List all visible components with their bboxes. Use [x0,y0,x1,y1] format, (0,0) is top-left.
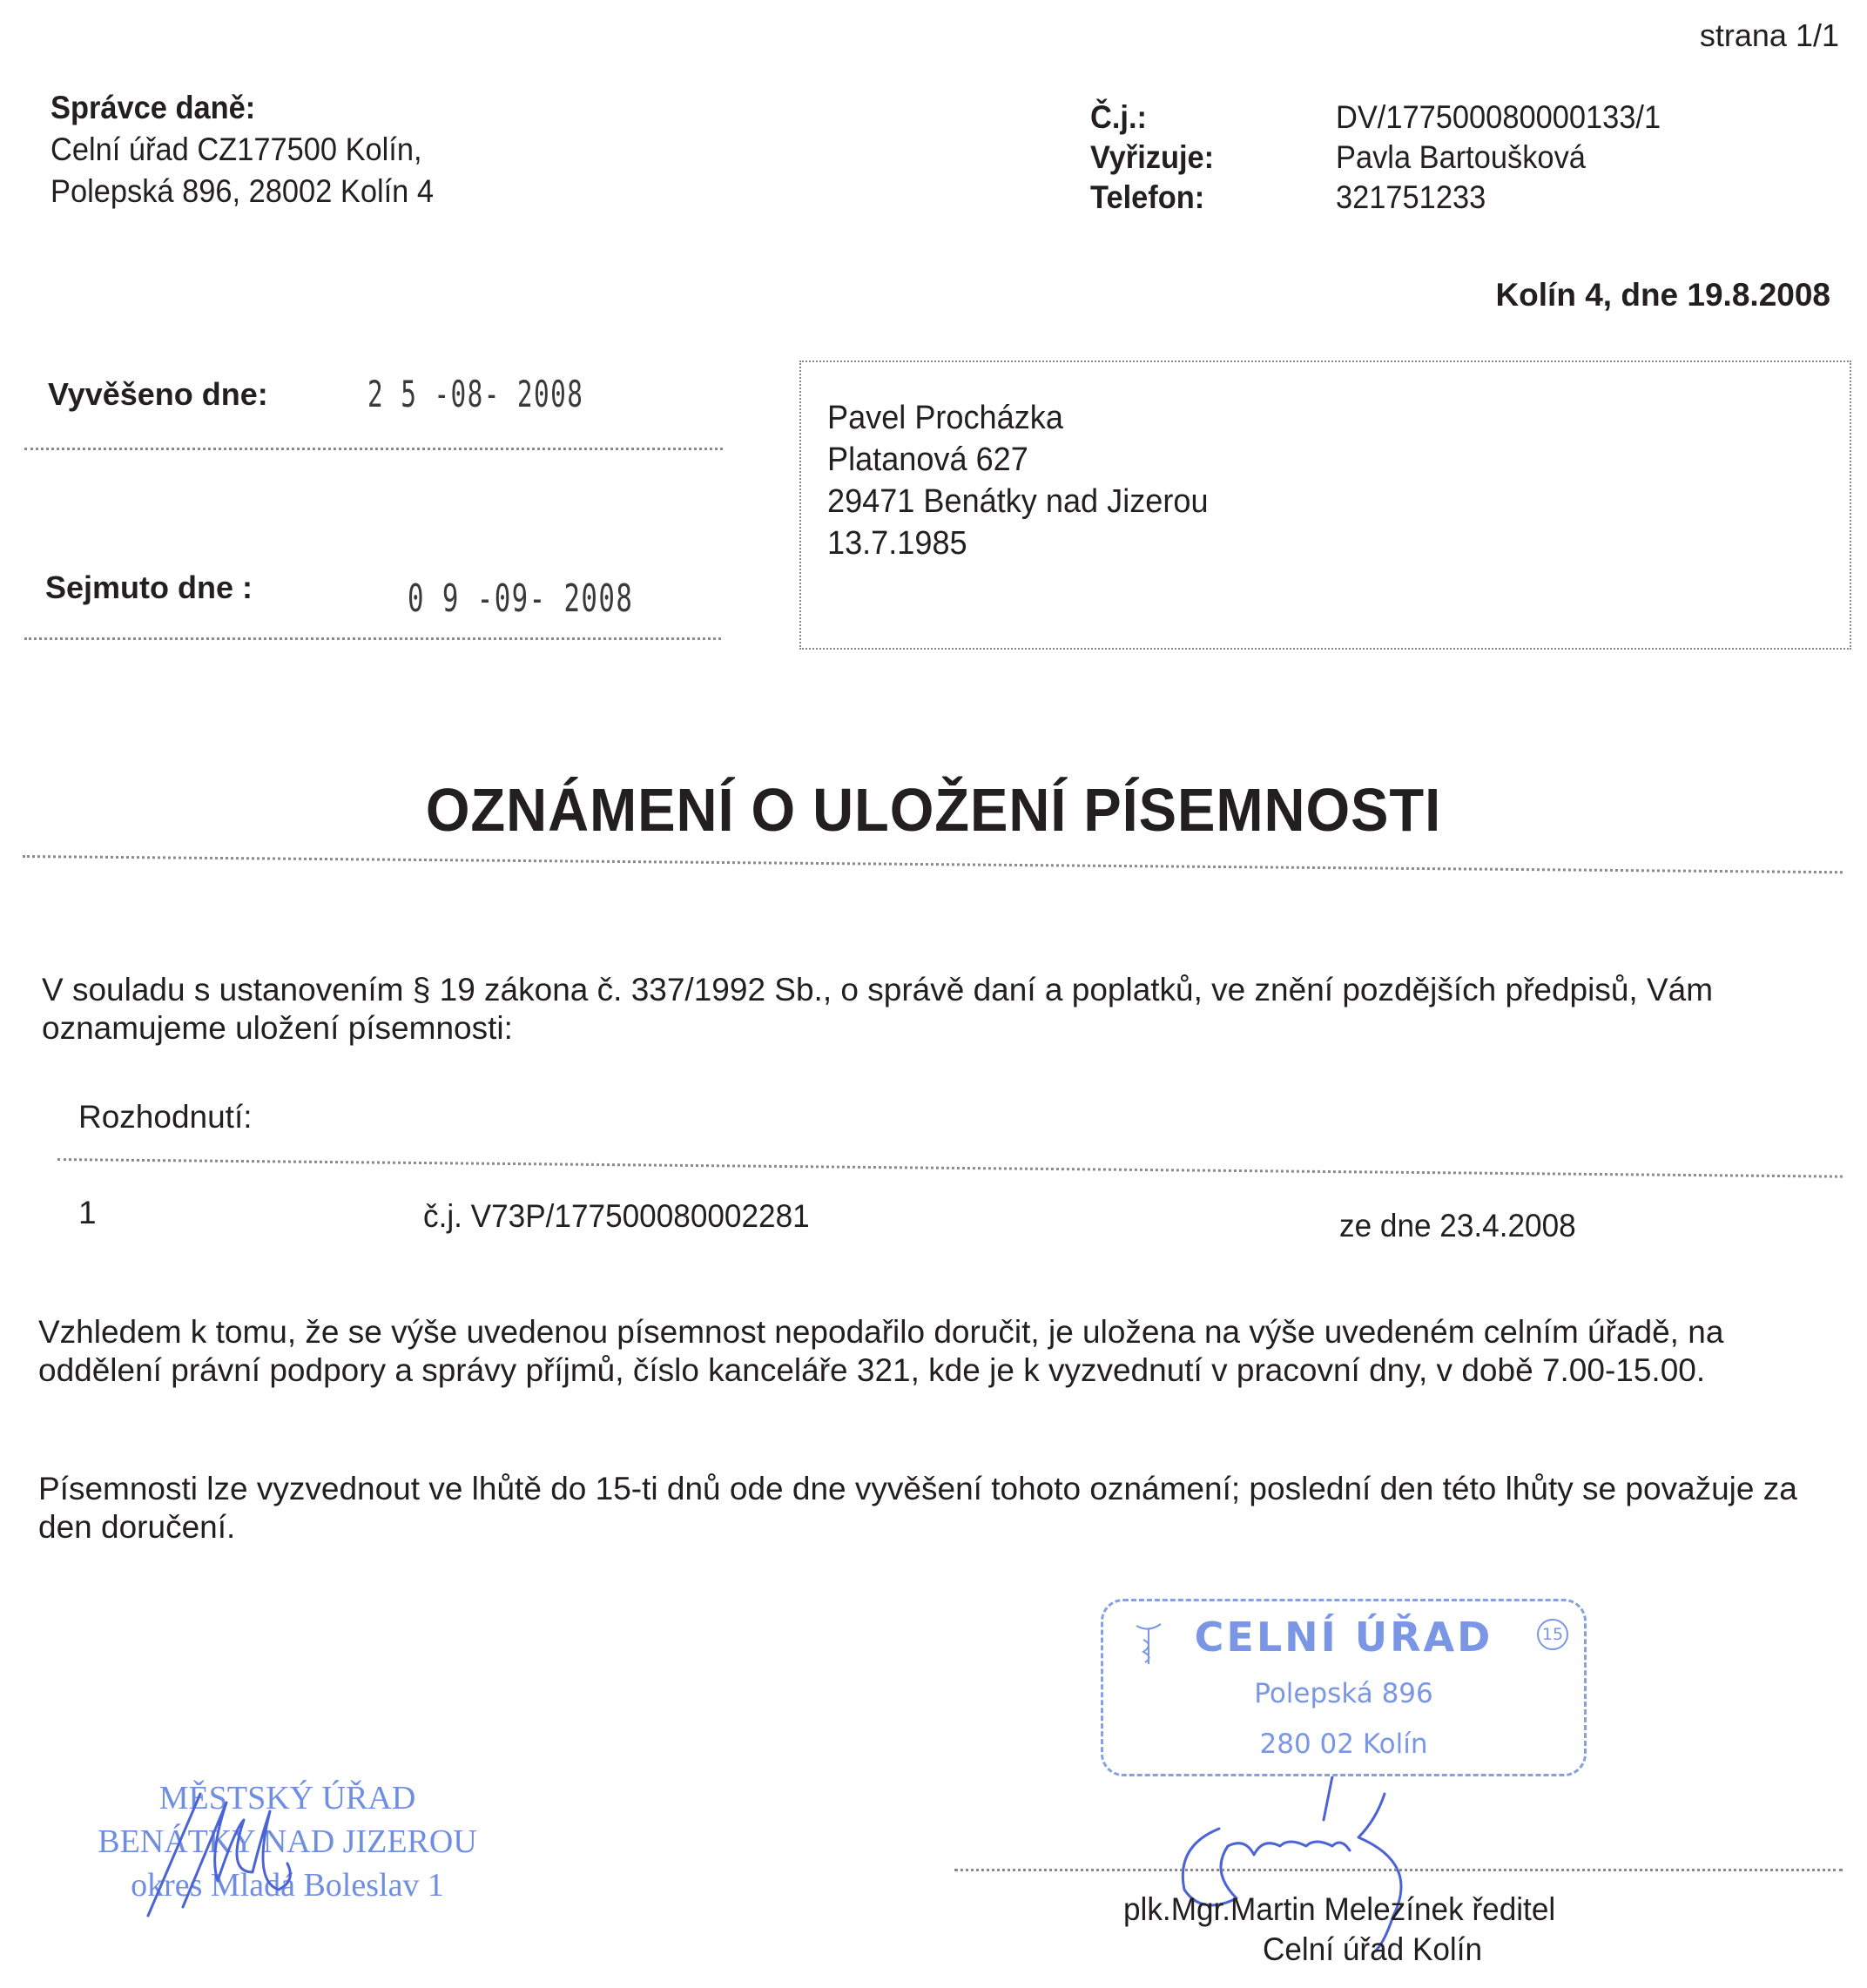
reference-row-case-number: Č.j.: DV/177500080000133/1 [1090,98,1685,138]
recipient-name: Pavel Procházka [827,397,1209,439]
decision-divider [57,1158,1843,1178]
reference-label: Č.j.: [1090,99,1318,136]
posted-date-stamp: 2 5 -08- 2008 [367,373,583,415]
reference-label: Telefon: [1090,179,1318,216]
reference-row-handler: Vyřizuje: Pavla Bartoušková [1090,138,1685,178]
reference-value: Pavla Bartoušková [1336,139,1586,176]
pickup-paragraph: Vzhledem k tomu, že se výše uvedenou pís… [38,1313,1832,1390]
reference-label: Vyřizuje: [1090,139,1318,176]
place-and-date: Kolín 4, dne 19.8.2008 [1495,277,1830,313]
decision-item-reference: č.j. V73P/177500080002281 [423,1198,810,1235]
signatory-name: plk.Mgr.Martin Melezínek ředitel [1123,1891,1555,1928]
posted-label: Vyvěšeno dne: [48,376,268,413]
reference-row-phone: Telefon: 321751233 [1090,178,1685,218]
reference-value: 321751233 [1336,179,1486,216]
customs-stamp-street: Polepská 896 [1103,1678,1584,1709]
signatory-office: Celní úřad Kolín [1263,1931,1482,1968]
tax-administrator-heading: Správce daně: [51,87,434,129]
customs-stamp-number: 15 [1537,1619,1568,1650]
tax-administrator-line: Celní úřad CZ177500 Kolín, [51,129,434,171]
posted-divider [24,448,723,450]
reference-block: Č.j.: DV/177500080000133/1 Vyřizuje: Pav… [1090,98,1685,218]
recipient-street: Platanová 627 [827,439,1209,481]
tax-administrator-block: Správce daně: Celní úřad CZ177500 Kolín,… [51,87,462,212]
page-number: strana 1/1 [1700,17,1839,54]
reference-value: DV/177500080000133/1 [1336,99,1661,136]
recipient-city: 29471 Benátky nad Jizerou [827,481,1209,522]
decision-label: Rozhodnutí: [78,1099,253,1136]
tax-administrator-line: Polepská 896, 28002 Kolín 4 [51,171,434,212]
removed-label: Sejmuto dne : [45,569,253,606]
signature-line [954,1869,1843,1871]
municipal-signature-icon [131,1776,305,1924]
removed-date-stamp: 0 9 -09- 2008 [408,576,633,621]
deadline-paragraph: Písemnosti lze vyzvednout ve lhůtě do 15… [38,1470,1832,1547]
title-divider [23,855,1843,873]
customs-office-stamp: CELNÍ ÚŘAD 15 Polepská 896 280 02 Kolín [1101,1599,1587,1776]
intro-paragraph: V souladu s ustanovením § 19 zákona č. 3… [42,971,1836,1048]
customs-stamp-title: CELNÍ ÚŘAD [1103,1614,1584,1661]
decision-item-date: ze dne 23.4.2008 [1339,1208,1576,1244]
removed-divider [24,637,721,640]
customs-stamp-city: 280 02 Kolín [1103,1729,1584,1760]
document-title: OZNÁMENÍ O ULOŽENÍ PÍSEMNOSTI [65,775,1802,845]
recipient-birthdate: 13.7.1985 [827,522,1209,564]
decision-item-number: 1 [78,1195,97,1231]
recipient-address-box: Pavel Procházka Platanová 627 29471 Bená… [799,361,1851,650]
